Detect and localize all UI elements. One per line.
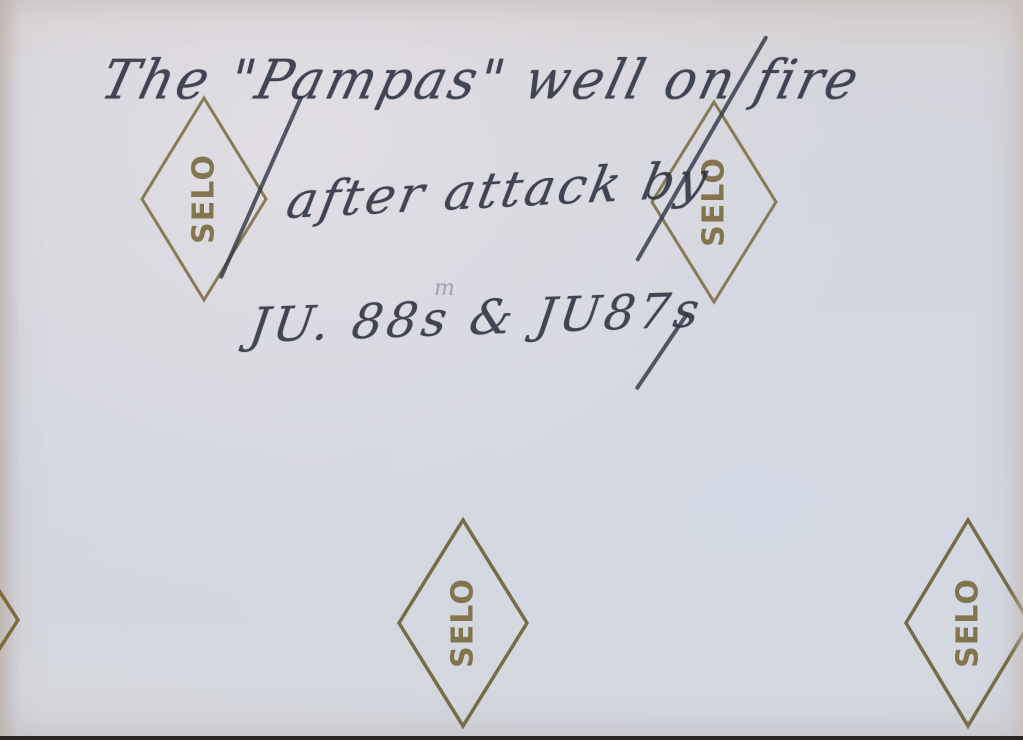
- selo-stamp: SELO: [138, 94, 270, 304]
- caption-line-3: JU. 88s & JU87s: [246, 282, 707, 354]
- photo-bottom-edge: [0, 736, 1023, 740]
- faint-pencil-mark: m: [434, 276, 455, 301]
- stamp-label: SELO: [951, 578, 986, 668]
- stamp-label: SELO: [446, 578, 481, 668]
- selo-stamp: SELO: [395, 516, 531, 730]
- selo-stamp: SELO: [902, 516, 1023, 730]
- diamond-outline-icon: [0, 520, 22, 720]
- selo-stamp-partial: [0, 520, 22, 720]
- stamp-label: SELO: [187, 154, 222, 244]
- photo-back-paper: SELO SELO SELO SELO The "Pampas" well on…: [0, 0, 1023, 736]
